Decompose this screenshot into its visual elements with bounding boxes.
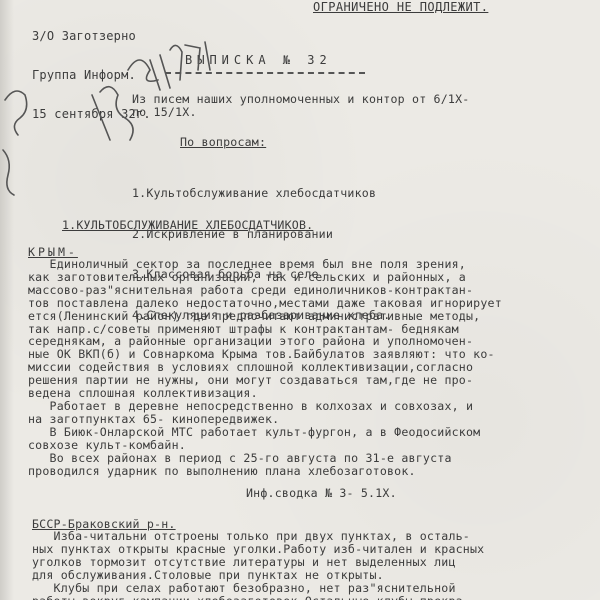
header-line: Группа Информ. [32, 69, 151, 82]
body-line: на заготпунктах 65- кинопередвижек. [28, 413, 502, 426]
body-line: совхозе культ-комбайн. [28, 439, 502, 452]
body-line: Во всех районах в период с 25-го августа… [28, 452, 502, 465]
body-line: тов поставлена далеко недостаточно,места… [28, 297, 502, 310]
document-page: З/О Заготзерно Группа Информ. 15 сентябр… [0, 0, 600, 600]
restriction-stamp: ОГРАНИЧЕНО НЕ ПОДЛЕЖИТ. [313, 1, 488, 14]
question-item: 1.Культобслуживание хлебосдатчиков [132, 187, 390, 201]
header-line: З/О Заготзерно [32, 30, 151, 43]
body-line: Изба-читальни отстроены только при двух … [32, 530, 484, 543]
document-subtitle: Из писем наших уполномоченных и контор о… [132, 93, 469, 119]
body-line: уголков тормозит отсутствие литературы и… [32, 556, 484, 569]
body-line: В Биюк-Онларской МТС работает культ-фург… [28, 426, 502, 439]
body-line: Клубы при селах работают безобразно, нет… [32, 582, 484, 595]
document-title: ВЫПИСКА № 32 [185, 54, 332, 67]
body-line: как заготовительных организаций, так и с… [28, 271, 502, 284]
header-block: З/О Заготзерно Группа Информ. 15 сентябр… [32, 4, 151, 147]
body-line: работы вокруг кампании хлебозаготовок.Ос… [32, 595, 484, 600]
body-line: ется(Ленинский район) где предпочитают а… [28, 310, 502, 323]
questions-label: По вопросам: [180, 136, 266, 149]
crimea-body-text: Единоличный сектор за последнее время бы… [28, 258, 502, 477]
body-line: Работает в деревне непосредственно в кол… [28, 400, 502, 413]
source-reference: Инф.сводка № 3- 5.1Х. [246, 487, 397, 500]
body-line: для обслуживания.Столовые при пунктах не… [32, 569, 484, 582]
section-heading: 1.КУЛЬТОБСЛУЖИВАНИЕ ХЛЕБОСДАТЧИКОВ. [62, 219, 313, 232]
body-line: массово-раз"яснительная работа среди еди… [28, 284, 502, 297]
title-underline [165, 72, 365, 74]
body-line: Единоличный сектор за последнее время бы… [28, 258, 502, 271]
page-edge-shadow [0, 0, 14, 600]
body-line: ных пунктах открыты красные уголки.Работ… [32, 543, 484, 556]
bssr-body-text: Изба-читальни отстроены только при двух … [32, 530, 484, 600]
body-line: проводился ударник по выполнению плана х… [28, 465, 502, 478]
